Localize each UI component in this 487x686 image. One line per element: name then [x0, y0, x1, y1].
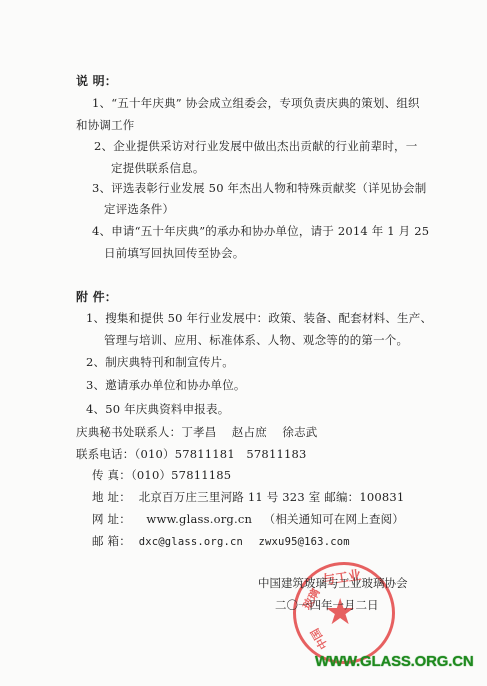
website-link[interactable]: www.glass.org.cn	[146, 512, 252, 526]
note-1-line2: 和协调工作	[76, 117, 135, 133]
document-page: 说 明： 1、“五十年庆典” 协会成立组委会，专项负责庆典的策划、组织 和协调工…	[0, 0, 487, 686]
address-value: 北京百万庄三里河路 11 号 323 室 邮编：100831	[139, 490, 405, 504]
note-4-line1: 4、申请“五十年庆典”的承办和协办单位，请于 2014 年 1 月 25	[92, 223, 429, 239]
note-2-line1: 2、企业提供采访对行业发展中做出杰出贡献的行业前辈时，一	[94, 138, 417, 154]
attachment-2: 2、制庆典特刊和制宣传片。	[86, 354, 234, 370]
fax-row: 传 真：（010）57811185	[92, 467, 231, 483]
contact-person-3: 徐志武	[282, 425, 317, 439]
note-3-line1: 3、评选表彰行业发展 50 年杰出人物和特殊贡献奖（详见协会制	[92, 180, 426, 196]
contacts-label: 庆典秘书处联系人：	[76, 425, 181, 439]
attachment-4: 4、50 年庆典资料申报表。	[86, 401, 229, 417]
website-note: （相关通知可在网上查阅）	[264, 512, 404, 526]
contact-person-2: 赵占庶	[232, 425, 267, 439]
signature-date: 二〇一四年一月二日	[275, 597, 379, 613]
attachment-1-line2: 管理与培训、应用、标准体系、人物、观念等的的第一个。	[104, 332, 408, 348]
email-row: 邮 箱： dxc@glass.org.cn zwxu95@163.com	[92, 533, 350, 549]
attachments-heading: 附 件：	[76, 288, 117, 305]
phone-value: （010）57811181 57811183	[135, 447, 307, 461]
email-link-1[interactable]: dxc@glass.org.cn	[139, 536, 243, 548]
address-label: 地 址：	[92, 490, 131, 504]
attachment-1-line1: 1、搜集和提供 50 年行业发展中：政策、装备、配套材料、生产、	[86, 310, 432, 326]
website-row: 网 址： www.glass.org.cn （相关通知可在网上查阅）	[92, 511, 404, 527]
note-2-line2: 定提供联系信息。	[111, 160, 205, 176]
attachment-3: 3、邀请承办单位和协办单位。	[86, 377, 246, 393]
note-1-line1: 1、“五十年庆典” 协会成立组委会，专项负责庆典的策划、组织	[92, 95, 420, 111]
site-watermark: WWW.GLASS.ORG.CN	[315, 653, 473, 670]
phone-row: 联系电话：（010）57811181 57811183	[76, 446, 307, 462]
website-label: 网 址：	[92, 512, 131, 526]
address-row: 地 址： 北京百万庄三里河路 11 号 323 室 邮编：100831	[92, 489, 404, 505]
email-link-2[interactable]: zwxu95@163.com	[258, 536, 349, 548]
contacts-row: 庆典秘书处联系人：丁孝昌 赵占庶 徐志武	[76, 424, 318, 440]
notes-heading: 说 明：	[76, 72, 117, 89]
email-label: 邮 箱：	[92, 534, 131, 548]
note-4-line2: 日前填写回执回传至协会。	[104, 245, 244, 261]
phone-label: 联系电话：	[76, 447, 135, 461]
fax-value: （010）57811185	[131, 468, 231, 482]
fax-label: 传 真：	[92, 468, 131, 482]
signature-organization: 中国建筑玻璃与工业玻璃协会	[258, 575, 408, 591]
note-3-line2: 定评选条件）	[104, 201, 174, 217]
contact-person-1: 丁孝昌	[181, 425, 216, 439]
